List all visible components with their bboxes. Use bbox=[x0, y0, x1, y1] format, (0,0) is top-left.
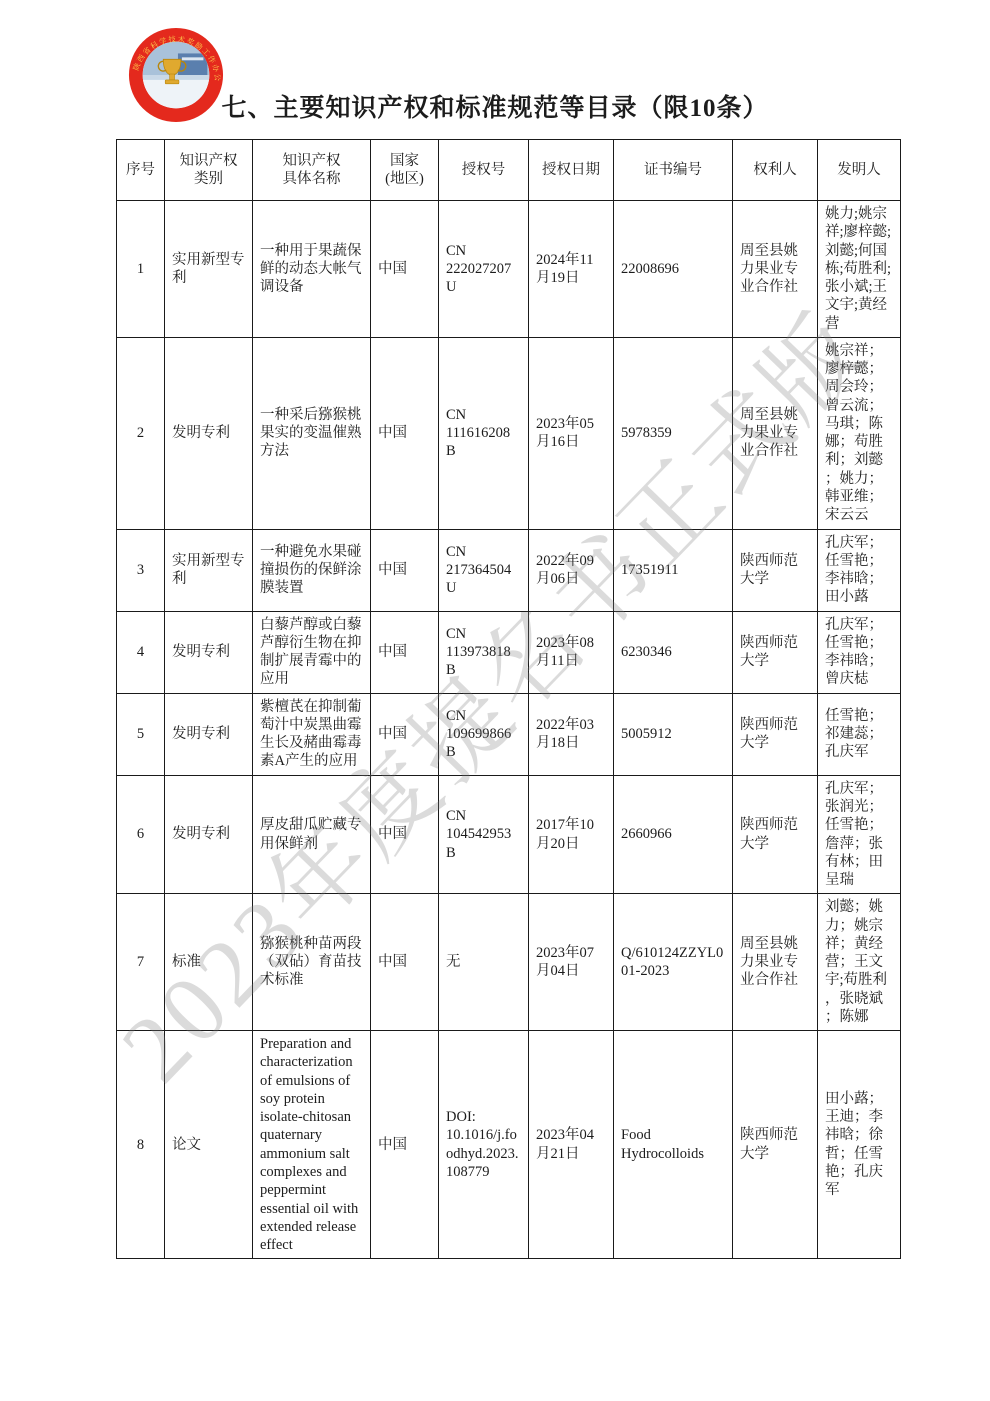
cell-inventors: 刘懿；姚力；姚宗祥；黄经营；王文宇;苟胜利，张晓斌；陈娜 bbox=[818, 894, 901, 1031]
cell-auth_no: DOI: 10.1016/j.foodhyd.2023.108779 bbox=[439, 1031, 529, 1259]
document-page: 陕西省科学技术奖励工作办公室 七、主要知识产权和标准规范等目录（限10条） 序号… bbox=[0, 0, 990, 1401]
cell-country: 中国 bbox=[371, 775, 439, 894]
cell-name: Preparation and characterization of emul… bbox=[253, 1031, 371, 1259]
cell-inventors: 任雪艳；祁建蕊；孔庆军 bbox=[818, 693, 901, 775]
cell-cert_no: 2660966 bbox=[614, 775, 733, 894]
cell-auth_no: CN 111616208 B bbox=[439, 337, 529, 529]
cell-inventors: 孔庆军；任雪艳；李祎晗；曾庆梽 bbox=[818, 611, 901, 693]
cell-seq: 8 bbox=[117, 1031, 165, 1259]
cell-auth_date: 2023年05月16日 bbox=[529, 337, 614, 529]
cell-auth_date: 2023年04月21日 bbox=[529, 1031, 614, 1259]
table-row: 2发明专利一种采后猕猴桃果实的变温催熟方法中国CN 111616208 B202… bbox=[117, 337, 901, 529]
cell-owner: 周至县姚力果业专业合作社 bbox=[733, 201, 818, 338]
cell-category: 发明专利 bbox=[165, 775, 253, 894]
cell-country: 中国 bbox=[371, 693, 439, 775]
cell-auth_date: 2017年10月20日 bbox=[529, 775, 614, 894]
cell-country: 中国 bbox=[371, 611, 439, 693]
table-row: 1实用新型专利一种用于果蔬保鲜的动态大帐气调设备中国CN 222027207 U… bbox=[117, 201, 901, 338]
cell-auth_no: 无 bbox=[439, 894, 529, 1031]
cell-country: 中国 bbox=[371, 337, 439, 529]
cell-name: 一种避免水果碰撞损伤的保鲜涂膜装置 bbox=[253, 529, 371, 611]
cell-auth_date: 2023年08月11日 bbox=[529, 611, 614, 693]
cell-category: 实用新型专利 bbox=[165, 529, 253, 611]
column-header-inventors: 发明人 bbox=[818, 140, 901, 201]
cell-category: 论文 bbox=[165, 1031, 253, 1259]
cell-owner: 陕西师范大学 bbox=[733, 529, 818, 611]
cell-seq: 2 bbox=[117, 337, 165, 529]
column-header-owner: 权利人 bbox=[733, 140, 818, 201]
cell-cert_no: 5005912 bbox=[614, 693, 733, 775]
cell-auth_date: 2024年11月19日 bbox=[529, 201, 614, 338]
cell-cert_no: 17351911 bbox=[614, 529, 733, 611]
column-header-auth_date: 授权日期 bbox=[529, 140, 614, 201]
table-row: 8论文Preparation and characterization of e… bbox=[117, 1031, 901, 1259]
cell-category: 标准 bbox=[165, 894, 253, 1031]
column-header-cert_no: 证书编号 bbox=[614, 140, 733, 201]
ip-table-body: 1实用新型专利一种用于果蔬保鲜的动态大帐气调设备中国CN 222027207 U… bbox=[117, 201, 901, 1259]
cell-auth_no: CN 109699866 B bbox=[439, 693, 529, 775]
cell-category: 发明专利 bbox=[165, 337, 253, 529]
cell-cert_no: 22008696 bbox=[614, 201, 733, 338]
cell-cert_no: 5978359 bbox=[614, 337, 733, 529]
cell-name: 白藜芦醇或白藜芦醇衍生物在抑制扩展青霉中的应用 bbox=[253, 611, 371, 693]
cell-category: 发明专利 bbox=[165, 693, 253, 775]
cell-auth_date: 2022年09月06日 bbox=[529, 529, 614, 611]
cell-country: 中国 bbox=[371, 201, 439, 338]
cell-auth_no: CN 113973818 B bbox=[439, 611, 529, 693]
column-header-category: 知识产权 类别 bbox=[165, 140, 253, 201]
cell-auth_no: CN 222027207 U bbox=[439, 201, 529, 338]
table-row: 4发明专利白藜芦醇或白藜芦醇衍生物在抑制扩展青霉中的应用中国CN 1139738… bbox=[117, 611, 901, 693]
ip-table: 序号知识产权 类别知识产权 具体名称国家 (地区)授权号授权日期证书编号权利人发… bbox=[116, 139, 901, 1259]
table-row: 3实用新型专利一种避免水果碰撞损伤的保鲜涂膜装置中国CN 217364504 U… bbox=[117, 529, 901, 611]
cell-seq: 4 bbox=[117, 611, 165, 693]
cell-inventors: 田小蕗；王迪；李祎晗；徐哲；任雪艳；孔庆军 bbox=[818, 1031, 901, 1259]
column-header-name: 知识产权 具体名称 bbox=[253, 140, 371, 201]
cell-cert_no: 6230346 bbox=[614, 611, 733, 693]
ip-table-container: 序号知识产权 类别知识产权 具体名称国家 (地区)授权号授权日期证书编号权利人发… bbox=[116, 139, 900, 1259]
cell-seq: 5 bbox=[117, 693, 165, 775]
cell-inventors: 孔庆军；张润光；任雪艳；詹萍；张有林；田呈瑞 bbox=[818, 775, 901, 894]
column-header-auth_no: 授权号 bbox=[439, 140, 529, 201]
cell-country: 中国 bbox=[371, 1031, 439, 1259]
cell-auth_no: CN 217364504 U bbox=[439, 529, 529, 611]
cell-owner: 陕西师范大学 bbox=[733, 611, 818, 693]
cell-inventors: 姚力;姚宗祥;廖梓懿;刘懿;何国栋;苟胜利;张小斌;王文宇;黄经营 bbox=[818, 201, 901, 338]
cell-owner: 陕西师范大学 bbox=[733, 693, 818, 775]
table-row: 6发明专利厚皮甜瓜贮藏专用保鲜剂中国CN 104542953 B2017年10月… bbox=[117, 775, 901, 894]
cell-name: 一种用于果蔬保鲜的动态大帐气调设备 bbox=[253, 201, 371, 338]
cell-name: 一种采后猕猴桃果实的变温催熟方法 bbox=[253, 337, 371, 529]
page-title: 七、主要知识产权和标准规范等目录（限10条） bbox=[0, 88, 990, 124]
column-header-country: 国家 (地区) bbox=[371, 140, 439, 201]
cell-owner: 周至县姚力果业专业合作社 bbox=[733, 337, 818, 529]
cell-seq: 6 bbox=[117, 775, 165, 894]
table-row: 5发明专利紫檀芪在抑制葡萄汁中炭黑曲霉生长及赭曲霉毒素A产生的应用中国CN 10… bbox=[117, 693, 901, 775]
cell-auth_no: CN 104542953 B bbox=[439, 775, 529, 894]
column-header-seq: 序号 bbox=[117, 140, 165, 201]
cell-auth_date: 2022年03月18日 bbox=[529, 693, 614, 775]
cell-name: 厚皮甜瓜贮藏专用保鲜剂 bbox=[253, 775, 371, 894]
cell-inventors: 姚宗祥；廖梓懿；周会玲；曾云流；马琪；陈娜；苟胜利；刘懿；姚力；韩亚维；宋云云 bbox=[818, 337, 901, 529]
cell-country: 中国 bbox=[371, 529, 439, 611]
cell-owner: 周至县姚力果业专业合作社 bbox=[733, 894, 818, 1031]
cell-owner: 陕西师范大学 bbox=[733, 775, 818, 894]
cell-auth_date: 2023年07月04日 bbox=[529, 894, 614, 1031]
cell-seq: 7 bbox=[117, 894, 165, 1031]
cell-seq: 3 bbox=[117, 529, 165, 611]
cell-owner: 陕西师范大学 bbox=[733, 1031, 818, 1259]
cell-seq: 1 bbox=[117, 201, 165, 338]
cell-category: 发明专利 bbox=[165, 611, 253, 693]
cell-country: 中国 bbox=[371, 894, 439, 1031]
ip-table-header: 序号知识产权 类别知识产权 具体名称国家 (地区)授权号授权日期证书编号权利人发… bbox=[117, 140, 901, 201]
cell-inventors: 孔庆军；任雪艳；李祎晗；田小蕗 bbox=[818, 529, 901, 611]
table-row: 7标准猕猴桃种苗两段（双砧）育苗技术标准中国无2023年07月04日Q/6101… bbox=[117, 894, 901, 1031]
cell-category: 实用新型专利 bbox=[165, 201, 253, 338]
cell-cert_no: Q/610124ZZYL001-2023 bbox=[614, 894, 733, 1031]
header-row: 序号知识产权 类别知识产权 具体名称国家 (地区)授权号授权日期证书编号权利人发… bbox=[117, 140, 901, 201]
cell-cert_no: Food Hydrocolloids bbox=[614, 1031, 733, 1259]
cell-name: 紫檀芪在抑制葡萄汁中炭黑曲霉生长及赭曲霉毒素A产生的应用 bbox=[253, 693, 371, 775]
cell-name: 猕猴桃种苗两段（双砧）育苗技术标准 bbox=[253, 894, 371, 1031]
